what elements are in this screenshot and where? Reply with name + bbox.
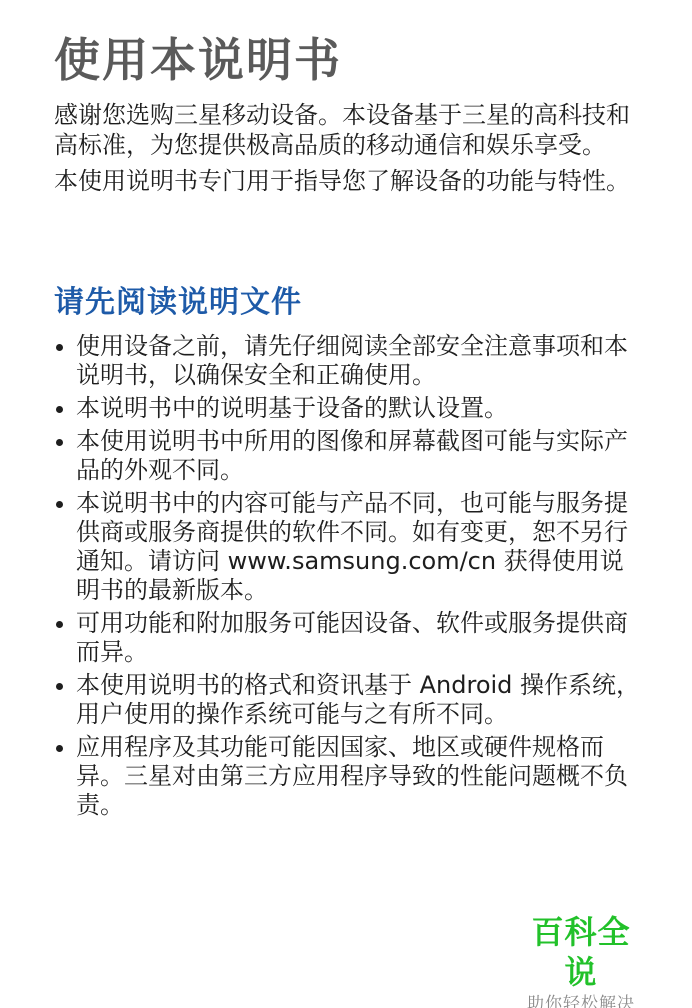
watermark-logo: 百科全说 助你轻松解决 xyxy=(516,912,646,1008)
list-item: 应用程序及其功能可能因国家、地区或硬件规格而异。三星对由第三方应用程序导致的性能… xyxy=(54,733,644,820)
bullet-icon xyxy=(56,683,63,690)
list-item: 可用功能和附加服务可能因设备、软件或服务提供商而异。 xyxy=(54,609,644,667)
list-item: 使用设备之前，请先仔细阅读全部安全注意事项和本说明书，以确保安全和正确使用。 xyxy=(54,332,644,390)
page-title: 使用本说明书 xyxy=(54,30,342,90)
list-item: 本使用说明书的格式和资讯基于 Android 操作系统，用户使用的操作系统可能与… xyxy=(54,671,644,729)
list-item-text: 可用功能和附加服务可能因设备、软件或服务提供商而异。 xyxy=(76,609,628,666)
bullet-icon xyxy=(56,406,63,413)
list-item-text: 本使用说明书中所用的图像和屏幕截图可能与实际产品的外观不同。 xyxy=(76,427,628,484)
bullet-icon xyxy=(56,439,63,446)
bullet-icon xyxy=(56,501,63,508)
watermark-name: 百科全说 xyxy=(516,912,646,992)
bullet-list: 使用设备之前，请先仔细阅读全部安全注意事项和本说明书，以确保安全和正确使用。 本… xyxy=(54,332,644,824)
bullet-icon xyxy=(56,344,63,351)
list-item-text: 应用程序及其功能可能因国家、地区或硬件规格而异。三星对由第三方应用程序导致的性能… xyxy=(76,733,628,819)
bullet-icon xyxy=(56,621,63,628)
watermark-slogan: 助你轻松解决 xyxy=(516,992,646,1008)
intro-paragraph: 感谢您选购三星移动设备。本设备基于三星的高科技和高标准，为您提供极高品质的移动通… xyxy=(54,100,644,160)
section-title: 请先阅读说明文件 xyxy=(54,283,302,323)
list-item-text: 使用设备之前，请先仔细阅读全部安全注意事项和本说明书，以确保安全和正确使用。 xyxy=(76,332,628,389)
list-item: 本说明书中的说明基于设备的默认设置。 xyxy=(54,394,644,423)
bullet-icon xyxy=(56,745,63,752)
intro-paragraph: 本使用说明书专门用于指导您了解设备的功能与特性。 xyxy=(54,166,644,196)
list-item-text: 本说明书中的说明基于设备的默认设置。 xyxy=(76,394,508,422)
list-item: 本使用说明书中所用的图像和屏幕截图可能与实际产品的外观不同。 xyxy=(54,427,644,485)
intro-section: 感谢您选购三星移动设备。本设备基于三星的高科技和高标准，为您提供极高品质的移动通… xyxy=(54,100,644,202)
list-item-text: 本使用说明书的格式和资讯基于 Android 操作系统，用户使用的操作系统可能与… xyxy=(76,671,640,728)
list-item-text: 本说明书中的内容可能与产品不同，也可能与服务提供商或服务商提供的软件不同。如有变… xyxy=(76,489,628,604)
list-item: 本说明书中的内容可能与产品不同，也可能与服务提供商或服务商提供的软件不同。如有变… xyxy=(54,489,644,605)
